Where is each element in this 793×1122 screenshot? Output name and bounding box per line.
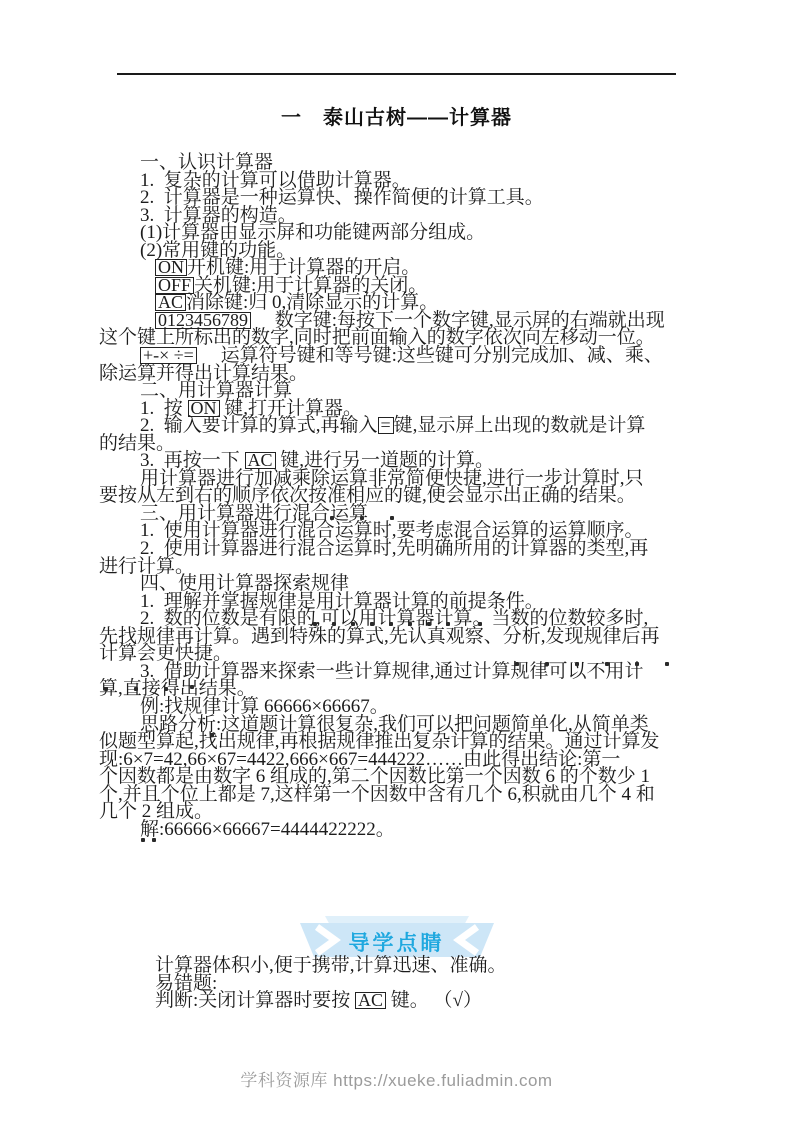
text-segment: 判断:关闭计算器时要按 bbox=[155, 990, 355, 1011]
text-segment: 解:66666×66667=4444422222。 bbox=[140, 819, 395, 840]
text-segment: 2. 使用计算器进行混合运算时,先明确所用的计算器的类型,再 bbox=[140, 538, 648, 559]
emphasis-dot bbox=[446, 622, 450, 626]
emphasis-dot bbox=[152, 838, 156, 842]
emphasis-dot bbox=[515, 662, 519, 666]
text-segment: 2. 输入要计算的算式,再输入 bbox=[140, 415, 378, 436]
key-box: = bbox=[378, 417, 394, 434]
tips-body: 计算器体积小,便于携带,计算迅速、准确。易错题:判断:关闭计算器时要按 AC 键… bbox=[99, 957, 691, 1010]
key-box: +-× ÷= bbox=[140, 347, 197, 364]
emphasis-dot bbox=[370, 622, 374, 626]
emphasis-dot bbox=[104, 687, 108, 691]
emphasis-dot bbox=[330, 516, 334, 520]
emphasis-dot bbox=[427, 622, 431, 626]
emphasis-dot bbox=[605, 662, 609, 666]
emphasis-dot bbox=[665, 662, 669, 666]
document-page: 一 泰山古树——计算器 一、认识计算器1. 复杂的计算可以借助计算器。2. 计算… bbox=[0, 0, 793, 1122]
emphasis-dot bbox=[545, 662, 549, 666]
emphasis-dot bbox=[164, 687, 168, 691]
text-line: 2. 输入要计算的算式,再输入=键,显示屏上出现的数就是计算 bbox=[99, 417, 691, 435]
banner-label: 导学点睛 bbox=[297, 927, 497, 957]
key-box: AC bbox=[245, 452, 276, 469]
text-line: 判断:关闭计算器时要按 AC 键。 （√） bbox=[99, 992, 691, 1010]
emphasis-dot bbox=[408, 622, 412, 626]
emphasis-dot bbox=[390, 516, 394, 520]
emphasis-dot bbox=[478, 622, 482, 626]
top-rule bbox=[117, 73, 676, 75]
section-banner: 导学点睛 bbox=[297, 913, 497, 961]
lesson-notes-body: 一、认识计算器1. 复杂的计算可以借助计算器。2. 计算器是一种运算快、操作简便… bbox=[99, 154, 691, 838]
emphasis-dot bbox=[210, 733, 214, 737]
page-title: 一 泰山古树——计算器 bbox=[0, 101, 793, 130]
text-line: 解:66666×66667=4444422222。 bbox=[99, 821, 691, 839]
key-box: AC bbox=[155, 294, 186, 311]
watermark-footer: 学科资源库 https://xueke.fuliadmin.com bbox=[0, 1066, 793, 1091]
emphasis-dot bbox=[635, 662, 639, 666]
text-segment: 键。 （√） bbox=[386, 990, 482, 1011]
emphasis-dot bbox=[190, 685, 194, 689]
emphasis-dot bbox=[134, 687, 138, 691]
emphasis-dot bbox=[575, 662, 579, 666]
emphasis-dot bbox=[313, 622, 317, 626]
emphasis-dot bbox=[360, 516, 364, 520]
emphasis-dot bbox=[332, 622, 336, 626]
key-box: ON bbox=[155, 259, 187, 276]
text-segment: 键,显示屏上出现的数就是计算 bbox=[394, 415, 646, 436]
emphasis-dot bbox=[141, 838, 145, 842]
key-box: AC bbox=[355, 992, 386, 1009]
emphasis-dot bbox=[351, 622, 355, 626]
emphasis-dot bbox=[389, 622, 393, 626]
